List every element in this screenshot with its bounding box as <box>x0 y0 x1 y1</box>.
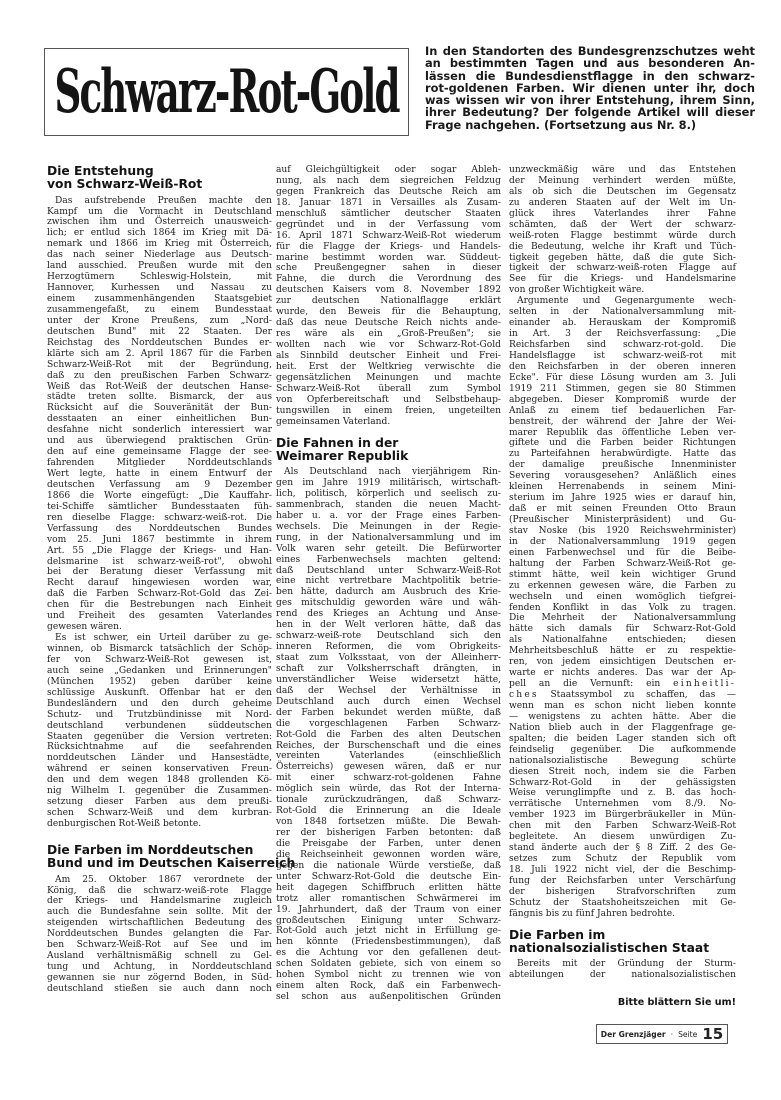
text-line: wurde, den Beweis für die Behauptung, <box>276 307 501 318</box>
text-line: chen für die Bestrebungen nach Einheit <box>47 600 272 611</box>
text-line: Die Mehrheit der Nationalversammlung <box>509 613 736 624</box>
text-line: in der Nationalversammlung 1919 gegen <box>509 537 736 548</box>
text-line: verrätische Unternehmen vom 8./9. No- <box>509 799 736 810</box>
text-line: Rücksicht auf die Souveränität der Bun- <box>47 403 272 414</box>
text-line: Rücksichtnahme auf die seefahrenden <box>47 742 272 753</box>
text-line: glück ihres Vaterlandes ihrer Fahne <box>509 209 736 220</box>
text-line: Weiß das Rot-Weiß der deutschen Hanse- <box>47 382 272 393</box>
paragraph: unzweckmäßig wäre und das Entstehender M… <box>509 165 736 296</box>
text-line: haber u. a. vor der Frage eines Farben- <box>276 511 501 522</box>
section-heading-ns-staat: Die Farben imnationalsozialistischen Sta… <box>509 929 736 956</box>
text-line: heit. Erst der Weltkrieg verwischte die <box>276 362 501 373</box>
text-line: einen Farbenwechsel und für die Beibe- <box>509 548 736 559</box>
text-line: fung der Reichsfarben unter Verschärfung <box>509 876 736 887</box>
text-line: desfahne nicht sonderlich interessiert w… <box>47 425 272 436</box>
text-line: hohen Symbol nicht zu trennen wie von <box>276 970 501 981</box>
text-line: deutschland stießen sie auch dann noch <box>47 984 272 995</box>
text-line: tei-Schiffe sämtlicher Bundesstaaten füh… <box>47 502 272 513</box>
text-line: von großer Wichtigkeit wäre. <box>509 285 736 296</box>
text-line: an bestimmten Tagen und aus besonderen A… <box>425 57 755 69</box>
text-line: schaft zur Volksherrschaft drängten, in <box>276 664 501 675</box>
text-line: feindselig gegenüber. Die aufkommende <box>509 745 736 756</box>
text-line: abteilungen der nationalsozialistischen <box>509 970 736 981</box>
text-line: schlüssige Auskunft. Offenbar hat er den <box>47 688 272 699</box>
text-line: tungswillen in einem freien, ungeteilten <box>276 406 501 417</box>
text-line: städte treten sollte. Bismarck, der aus <box>47 392 272 403</box>
text-line: rer der bisherigen Farben betonten: daß <box>276 828 501 839</box>
text-line: einem alten Rock, daß ein Farbenwech- <box>276 981 501 992</box>
text-line: norddeutschen Länder und Hansestädte, <box>47 753 272 764</box>
text-line: tionale zurückzudrängen, daß Schwarz- <box>276 795 501 806</box>
column-1: Die Entstehungvon Schwarz-Weiß-Rot Das a… <box>47 165 272 995</box>
text-line: haltung der Farben Schwarz-Weiß-Rot ge- <box>509 559 736 570</box>
text-line: es die Achtung vor den gefallenen deut- <box>276 948 501 959</box>
text-line: Rot-Gold auch jetzt nicht in Erfüllung g… <box>276 926 501 937</box>
text-line: heit dagegen Schiffbruch erlitten hätte <box>276 883 501 894</box>
text-line: abgegeben. Dieser Kompromiß wurde der <box>509 395 736 406</box>
paragraph: Bereits mit der Gründung der Sturm-abtei… <box>509 959 736 981</box>
text-line: Rot-Gold die Erinnerung an die Ideale <box>276 806 501 817</box>
text-line: rend des Krieges an Achtung und Anse- <box>276 609 501 620</box>
text-line: sel schon aus außenpolitischen Gründen <box>276 992 501 1003</box>
text-line: hätte sich damals für Schwarz-Rot-Gold <box>509 624 736 635</box>
text-line: sammenbrach, standen die neuen Macht- <box>276 500 501 511</box>
text-line: Kampf um die Vormacht in Deutschland <box>47 207 272 218</box>
text-line: Die Fahnen in der <box>276 437 501 450</box>
text-line: eine nicht vertretbare Machtpolitik betr… <box>276 576 501 587</box>
text-line: nung, als nach dem siegreichen Feldzug <box>276 176 501 187</box>
text-line: wechseln und einen womöglich tiefgrei- <box>509 592 736 603</box>
text-line: 18. Januar 1871 in Versailles als Zusam- <box>276 198 501 209</box>
text-line: See für die Kriegs- und Handelsmarine <box>509 274 736 285</box>
section-heading-weimarer-republik: Die Fahnen in derWeimarer Republik <box>276 437 501 464</box>
text-line: Das aufstrebende Preußen machte den <box>47 196 272 207</box>
text-line: schen Schwarz-Weiß und dem kurbran- <box>47 808 272 819</box>
text-line: schen Soldaten gebiete, sich von einem s… <box>276 959 501 970</box>
paragraph: Es ist schwer, ein Urteil darüber zu ge-… <box>47 633 272 830</box>
text-line: fahrenden Mitglieder Norddeutschlands <box>47 458 272 469</box>
text-line: — wenigstens zu achten hätte. Aber die <box>509 712 736 723</box>
newspaper-page: Schwarz-Rot-Gold In den Standorten des B… <box>0 0 781 1100</box>
text-line: der Meinung verhindert werden müßte, <box>509 176 736 187</box>
text-line: Norddeutschen Bundes gelangten die Far- <box>47 929 272 940</box>
text-line: während er seinen konservativen Freun- <box>47 764 272 775</box>
text-line: pell an die Vernunft: ein einheitli- <box>509 679 736 690</box>
text-line: hen könnte (Friedensbestimmungen), daß <box>276 937 501 948</box>
text-line: die Bedeutung, welche ihr Kraft und Tüch… <box>509 242 736 253</box>
text-line: sche Preußengegner sahen in dieser <box>276 263 501 274</box>
text-line: von Schwarz-Weiß-Rot <box>47 178 272 191</box>
text-line: vereinten Vaterlandes (einschließlich <box>276 751 501 762</box>
text-line: menschluß sämtlicher deutscher Staaten <box>276 209 501 220</box>
text-line: kleinen Herrenabends in seinem Mini- <box>509 482 736 493</box>
text-line: Wert legte, hatte in einem Entwurf der <box>47 469 272 480</box>
text-line: Argumente und Gegenargumente wech- <box>509 296 736 307</box>
text-line: spalten; die beiden Lager standen sich o… <box>509 734 736 745</box>
text-line: deutschen Verfassung am 9 Dezember <box>47 480 272 491</box>
text-line: den und dem wegen 1848 grollenden Kö- <box>47 775 272 786</box>
text-line: Es ist schwer, ein Urteil darüber zu ge- <box>47 633 272 644</box>
text-line: unverständlicher Weise widersetzt hätte, <box>276 675 501 686</box>
text-line: gegründet und in der Verfassung vom <box>276 220 501 231</box>
text-line: bei der Beratung dieser Verfassung mit <box>47 567 272 578</box>
text-line: giftete und die Farben beider Richtungen <box>509 438 736 449</box>
text-line: Reiches, der Burschenschaft und die eine… <box>276 741 501 752</box>
text-line: Mehrheitsbeschluß hätte er zu respektie- <box>509 646 736 657</box>
column-2: auf Gleichgültigkeit oder sogar Ableh-nu… <box>276 165 501 1003</box>
text-line: für die Flagge der Kriegs- und Handels- <box>276 242 501 253</box>
text-line: Weise verunglimpfte und z. B. das hoch- <box>509 788 736 799</box>
text-line: lich; er entlud sich 1864 im Krieg mit D… <box>47 228 272 239</box>
text-line: als ob sich die Deutschen im Gegensatz <box>509 187 736 198</box>
text-line: tung und Achtung, in Norddeutschland <box>47 962 272 973</box>
text-line: auch die Bundesfahne sein sollte. Mit de… <box>47 907 272 918</box>
text-line: deutschen Bund" mit 22 Staaten. Der <box>47 327 272 338</box>
text-line: gegen Frankreich das Deutsche Reich am <box>276 187 501 198</box>
text-line: Staaten gegenüber die Version vertreten: <box>47 732 272 743</box>
text-line: gemeinsamen Vaterland. <box>276 417 501 428</box>
text-line: Ecke". Für diese Lösung wurden am 3. Jul… <box>509 373 736 384</box>
text-line: desstaaten an einer einheitlichen Bun- <box>47 414 272 425</box>
text-line: die Preisgabe der Farben, unter denen <box>276 839 501 850</box>
text-line: benstreit, der während der Jahre der Wei… <box>509 417 736 428</box>
text-line: ihrer Bedeutung? Der folgende Artikel wi… <box>425 106 755 118</box>
text-line: marine bestimmt worden war. Süddeut- <box>276 253 501 264</box>
intro-lead: In den Standorten des Bundesgrenzschutze… <box>425 45 755 131</box>
text-line: und Freiheit des gesamten Vaterlandes <box>47 611 272 622</box>
text-line: ren, von jedem einsichtigen Deutschen er… <box>509 657 736 668</box>
text-line: Weimarer Republik <box>276 450 501 463</box>
text-line: Bund und im Deutschen Kaiserreich <box>47 857 272 870</box>
text-line: der Kriegs- und Handelsmarine zugleich <box>47 896 272 907</box>
text-line: der Farben bekundet werden müßte, daß <box>276 708 501 719</box>
text-line: daß Deutschland unter Schwarz-Weiß-Rot <box>276 566 501 577</box>
text-line: der damalige preußische Innenminister <box>509 460 736 471</box>
text-line: rung, in der Nationalversammlung und im <box>276 533 501 544</box>
text-line: 19. Jahrhundert, daß der Traum von einer <box>276 905 501 916</box>
text-line: gen im Jahre 1919 militärisch, wirtschaf… <box>276 478 501 489</box>
masthead-title: Schwarz-Rot-Gold <box>54 62 398 122</box>
text-line: chen mit den Farben Schwarz-Weiß-Rot <box>509 821 736 832</box>
text-line: Österreichs) gewesen wären, daß er nur <box>276 762 501 773</box>
text-line: Reichsfarben sind schwarz-rot-gold. Die <box>509 340 736 351</box>
text-line: res wäre als ein „Groß-Preußen"; sie <box>276 329 501 340</box>
text-line: diesen Streit noch, indem sie die Farben <box>509 767 736 778</box>
text-line: trotz aller romantischen Schwärmerei im <box>276 894 501 905</box>
text-line: von Opferbereitschaft und Selbstbehaup- <box>276 395 501 406</box>
text-line: klärte sich am 2. April 1867 für die Far… <box>47 349 272 360</box>
text-line: den Reichsfarben in der oberen inneren <box>509 362 736 373</box>
paragraph: Das aufstrebende Preußen machte denKampf… <box>47 196 272 634</box>
emphasis-spaced: einheitli- <box>673 679 736 689</box>
text-line: land ausschied. Preußen wurde mit den <box>47 261 272 272</box>
text-line: auch seine „Gedanken und Erinnerungen" <box>47 666 272 677</box>
text-line: nemark und 1866 im Krieg mit Österreich, <box>47 239 272 250</box>
text-line: unter der Krone Preußens, zum „Nord- <box>47 316 272 327</box>
text-line: daß das neue Deutsche Reich nichts ande- <box>276 318 501 329</box>
text-line: in Art. 3 der Reichsverfassung: „Die <box>509 329 736 340</box>
text-line: ges mitschuldig geworden wäre und wäh- <box>276 598 501 609</box>
text-line: Anlaß zu einem tief bedauerlichen Far- <box>509 406 736 417</box>
text-line: daß die Farben Schwarz-Rot-Gold das Zei- <box>47 589 272 600</box>
text-line: selten in der Nationalversammlung mit- <box>509 307 736 318</box>
text-line: deutschen Kaisers vom 8. November 1892 <box>276 285 501 296</box>
text-line: tigkeit gegeben hätte, daß die gute Sich… <box>509 253 736 264</box>
text-line: die Reichseinheit gewonnen worden wäre, <box>276 850 501 861</box>
text-line: und aus überwiegend praktischen Grün- <box>47 436 272 447</box>
text-line: vom 25. Juni 1867 bestimmte in ihrem <box>47 535 272 546</box>
text-line: fängnis bis zu fünf Jahren bedrohte. <box>509 909 736 920</box>
emphasis-spaced: ches <box>509 690 539 700</box>
section-heading-norddeutscher-bund: Die Farben im NorddeutschenBund und im D… <box>47 844 272 871</box>
text-line: weiß-roten Flagge bestimmt würde durch <box>509 231 736 242</box>
text-line: tigkeit der schwarz-weiß-roten Flagge au… <box>509 263 736 274</box>
text-line: 1919 211 Stimmen, gegen sie 80 Stimmen <box>509 384 736 395</box>
publication-name: Der Grenzjäger <box>601 1030 666 1039</box>
text-line: Severing vorausgesehen? Anläßlich eines <box>509 471 736 482</box>
text-line: Verfassung des Norddeutschen Bundes <box>47 524 272 535</box>
text-line: zu erkennen gewesen wäre, die Farben zu <box>509 581 736 592</box>
text-line: von 1848 fortsetzen müßte. Die Bewah- <box>276 817 501 828</box>
text-line: unter Schwarz-Rot-Gold die deutsche Ein- <box>276 872 501 883</box>
text-line: gegensätzlichen Meinungen und machte <box>276 373 501 384</box>
text-line: Am 25. Oktober 1867 verordnete der <box>47 875 272 886</box>
text-line: zu Parteifahnen herabwürdigte. Hatte das <box>509 449 736 460</box>
text-line: Nation blieb auch in der Flaggenfrage ge… <box>509 723 736 734</box>
text-line: winnen, ob Bismarck tatsächlich der Schö… <box>47 644 272 655</box>
text-line: Reichstag des Norddeutschen Bundes er- <box>47 338 272 349</box>
text-line: Recht darauf hingewiesen worden war, <box>47 578 272 589</box>
masthead-box: Schwarz-Rot-Gold <box>44 48 409 136</box>
text-line: Schwarz-Rot-Gold in der gehässigsten <box>509 778 736 789</box>
text-line: staat zum Volksstaat, von der Alleinherr… <box>276 653 501 664</box>
text-line: wechsels. Die Meinungen in der Regie- <box>276 522 501 533</box>
text-line: nationalsozialistische Bewegung schürte <box>509 756 736 767</box>
text-line: Die Farben im Norddeutschen <box>47 844 272 857</box>
page-label: Seite <box>678 1030 697 1039</box>
text-line: Ausland verhältnismäßig schnell zu Gel- <box>47 951 272 962</box>
text-line: fenden Konflikt in das Volk zu tragen. <box>509 603 736 614</box>
text-line: zusammengefaßt, zu einem Bundesstaat <box>47 305 272 316</box>
text-line: setzung dieser Farben aus dem preußi- <box>47 797 272 808</box>
text-line: denburgischen Rot-Weiß betonte. <box>47 819 272 830</box>
text-line: großdeutschen Einigung unter Schwarz- <box>276 916 501 927</box>
text-line: stimmt hätte, weil kein wichtiger Grund <box>509 570 736 581</box>
text-line: (Preußischer Ministerpräsident) und Gu- <box>509 515 736 526</box>
text-line: Hannover, Kurhessen und Nassau zu <box>47 283 272 294</box>
text-line: Schutz der Staatshoheitszeichen mit Ge- <box>509 898 736 909</box>
text-line: möglich sein würde, das Rot der Interna- <box>276 784 501 795</box>
text-line: Schwarz-Weiß-Rot überall zum Symbol <box>276 384 501 395</box>
text-line: den auf eine gemeinsame Flagge der see- <box>47 447 272 458</box>
paragraph: auf Gleichgültigkeit oder sogar Ableh-nu… <box>276 165 501 428</box>
text-line: König, daß die schwarz-weiß-rote Flagge <box>47 886 272 897</box>
text-line: Fahne, die durch die Verordnung des <box>276 274 501 285</box>
text-line: die vorgeschlagenen Farben Schwarz- <box>276 719 501 730</box>
text-line: Schutz- und Trutzbündinisse mit Nord- <box>47 710 272 721</box>
text-line: Art. 55 „Die Flagge der Kriegs- und Han- <box>47 546 272 557</box>
text-line: sterium im Jahre 1925 wies er darauf hin… <box>509 493 736 504</box>
text-line: der bisherigen Strafvorschriften zum <box>509 887 736 898</box>
text-line: (München 1952) geben darüber keine <box>47 677 272 688</box>
page-footer: Der Grenzjäger · Seite 15 <box>596 1024 728 1044</box>
text-line: zu anderen Staaten auf der Welt im Un- <box>509 198 736 209</box>
text-line: inneren Reformen, die vom Obrigkeits- <box>276 642 501 653</box>
text-line: Schwarz-Weiß-Rot mit der Begründung, <box>47 360 272 371</box>
text-line: daß zu den preußischen Farben Schwarz- <box>47 371 272 382</box>
text-line: zwischen ihm und Österreich unausweich- <box>47 217 272 228</box>
text-line: schwarz-weiß-rote Deutschland sich den <box>276 631 501 642</box>
text-line: schämten, daß der Wert der schwarz- <box>509 220 736 231</box>
text-line: Frage nachgehen. (Fortsetzung aus Nr. 8.… <box>425 119 755 131</box>
text-line: 16. April 1871 Schwarz-Weiß-Rot wiederum <box>276 231 501 242</box>
paragraph: Argumente und Gegenargumente wech-selten… <box>509 296 736 919</box>
text-line: Volk waren sehr geteilt. Die Befürworter <box>276 544 501 555</box>
text-line: daß der Wechsel der Verhältnisse in <box>276 686 501 697</box>
text-line: als Sinnbild deutscher Einheit und Frei- <box>276 351 501 362</box>
text-line: steigenden wirtschaftlichen Bedeutung de… <box>47 918 272 929</box>
page-number: 15 <box>702 1027 723 1042</box>
text-line: gegen die nationale Würde verstieße, daß <box>276 861 501 872</box>
text-line: vember 1923 im Bürgerbräukeller in Mün- <box>509 810 736 821</box>
text-line: mit einer schwarz-rot-goldenen Fahne <box>276 773 501 784</box>
text-line: hen in der Welt verloren hätte, daß das <box>276 620 501 631</box>
text-line: Rot-Gold die Farben des alten Deutschen <box>276 730 501 741</box>
text-line: nationalsozialistischen Staat <box>509 942 736 955</box>
text-line: 1866 die Worte eingefügt: „Die Kauffahr- <box>47 491 272 502</box>
text-line: marer Republik das öffentliche Leben ver… <box>509 428 736 439</box>
text-line: 18. Juli 1922 nicht viel, der die Beschi… <box>509 865 736 876</box>
text-line: gewannen sie nur zögernd Boden, in Süd- <box>47 973 272 984</box>
text-line: einem zusammenhängenden Staatsgebiet <box>47 294 272 305</box>
text-line: stand änderte auch der § 8 Ziff. 2 des G… <box>509 843 736 854</box>
column-3: unzweckmäßig wäre und das Entstehender M… <box>509 165 736 1008</box>
text-line: Deutschland auch durch einen Wechsel <box>276 697 501 708</box>
text-line: delsmarine ist schwarz-weiß-rot", obwohl <box>47 557 272 568</box>
text-line: ben hätte, dadurch am Ausbruch des Krie- <box>276 587 501 598</box>
text-line: ben Schwarz-Weiß-Rot auf See und im <box>47 940 272 951</box>
text-line: Bereits mit der Gründung der Sturm- <box>509 959 736 970</box>
text-line: auf Gleichgültigkeit oder sogar Ableh- <box>276 165 501 176</box>
text-line: nig Wilhelm I. gegenüber die Zusammen- <box>47 786 272 797</box>
text-line: zur deutschen Nationalflagge erklärt <box>276 296 501 307</box>
continue-note: Bitte blättern Sie um! <box>509 997 736 1008</box>
text-line: ren dieselbe Flagge: schwarz-weiß-rot. D… <box>47 513 272 524</box>
text-line: Die Farben im <box>509 929 736 942</box>
text-line: als Nationalfahne entschieden; diesen <box>509 635 736 646</box>
text-line: wenn man es schon nicht lieben konnte <box>509 701 736 712</box>
text-line: einander ab. Herauskam der Kompromiß <box>509 318 736 329</box>
text-line: fer von Schwarz-Weiß-Rot gewesen ist, <box>47 655 272 666</box>
text-line: wollten nach wie vor Schwarz-Rot-Gold <box>276 340 501 351</box>
text-line: unzweckmäßig wäre und das Entstehen <box>509 165 736 176</box>
section-heading-entstehung: Die Entstehungvon Schwarz-Weiß-Rot <box>47 165 272 192</box>
text-line: Handelsflagge ist schwarz-weiß-rot mit <box>509 351 736 362</box>
text-line: ches Staatssymbol zu schaffen, das — <box>509 690 736 701</box>
paragraph: Am 25. Oktober 1867 verordnete derKönig,… <box>47 875 272 995</box>
text-line: daß er mit seinen Freunden Otto Braun <box>509 504 736 515</box>
text-line: das nach seiner Niederlage aus Deutsch- <box>47 250 272 261</box>
text-line: gewesen wären. <box>47 622 272 633</box>
text-line: deutschland verbundenen süddeutschen <box>47 721 272 732</box>
text-line: Bundesländern und den durch geheime <box>47 699 272 710</box>
text-line: lich, politisch, körperlich und seelisch… <box>276 489 501 500</box>
text-line: setzes zum Schutz der Republik vom <box>509 854 736 865</box>
separator: · <box>671 1030 673 1039</box>
text-line: warte er nichts anderes. Das war der Ap- <box>509 668 736 679</box>
text-line: Als Deutschland nach vierjährigem Rin- <box>276 467 501 478</box>
text-line: begleitete. An diesem unwürdigen Zu- <box>509 832 736 843</box>
text-line: eines Farbenwechsels machten geltend: <box>276 555 501 566</box>
text-line: stav Noske (bis 1920 Reichswehrminister) <box>509 526 736 537</box>
text-line: Die Entstehung <box>47 165 272 178</box>
paragraph: Als Deutschland nach vierjährigem Rin-ge… <box>276 467 501 1003</box>
text-line: Herzogtümern Schleswig-Holstein, mit <box>47 272 272 283</box>
